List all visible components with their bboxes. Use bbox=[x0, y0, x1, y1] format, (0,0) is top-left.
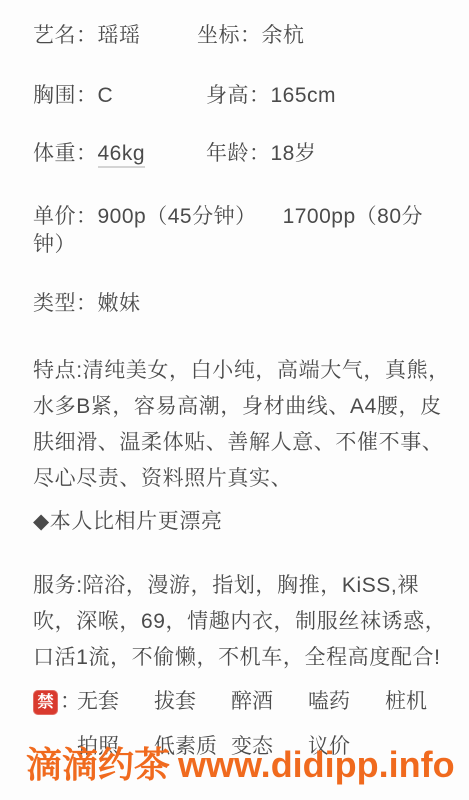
forbidden-row-1: 无套 拔套 醉酒 嗑药 桩机 bbox=[77, 688, 427, 716]
watermark-brand: 滴滴约茶 bbox=[26, 744, 170, 785]
height-value: 165cm bbox=[271, 84, 337, 107]
price-value-1: 900p（45分钟） bbox=[98, 205, 257, 228]
height-field: 身高：165cm bbox=[206, 82, 336, 110]
bust-value: C bbox=[98, 84, 114, 107]
profile-card: 艺名：瑶瑶 坐标：余杭 胸围：C 身高：165cm 体重：46kg 年龄：18岁… bbox=[0, 0, 469, 800]
forbidden-item: 醉酒 bbox=[231, 688, 308, 716]
weight-field: 体重：46kg bbox=[33, 140, 206, 168]
location-value: 余杭 bbox=[262, 24, 305, 47]
height-label: 身高： bbox=[206, 84, 271, 107]
bust-label: 胸围： bbox=[33, 84, 98, 107]
row-bust-height: 胸围：C 身高：165cm bbox=[33, 82, 445, 110]
weight-label: 体重： bbox=[33, 142, 98, 165]
location-label: 坐标： bbox=[197, 24, 262, 47]
stage-name-field: 艺名：瑶瑶 bbox=[33, 22, 197, 50]
location-field: 坐标：余杭 bbox=[197, 22, 305, 50]
price-label: 单价： bbox=[33, 205, 98, 228]
watermark-url: www.didipp.info bbox=[178, 744, 455, 785]
type-value: 嫩妹 bbox=[98, 292, 141, 315]
features-text: 特点:清纯美女，白小纯，高端大气，真熊，水多B紧，容易高潮，身材曲线、A4腰，皮… bbox=[33, 353, 453, 497]
weight-value: 46kg bbox=[98, 142, 146, 168]
type-row: 类型：嫩妹 bbox=[33, 290, 445, 318]
forbidden-item: 嗑药 bbox=[308, 688, 385, 716]
watermark: 滴滴约茶www.didipp.info bbox=[26, 737, 455, 788]
row-name-location: 艺名：瑶瑶 坐标：余杭 bbox=[33, 22, 445, 50]
age-field: 年龄：18岁 bbox=[206, 140, 316, 168]
age-label: 年龄： bbox=[206, 142, 271, 165]
row-weight-age: 体重：46kg 年龄：18岁 bbox=[33, 140, 445, 168]
bust-field: 胸围：C bbox=[33, 82, 206, 110]
stage-name-value: 瑶瑶 bbox=[98, 24, 141, 47]
forbidden-icon: 禁 bbox=[33, 690, 58, 715]
forbidden-item: 桩机 bbox=[385, 688, 427, 716]
type-label: 类型： bbox=[33, 292, 98, 315]
highlight-text: ◆本人比相片更漂亮 bbox=[33, 508, 445, 536]
forbidden-item: 拔套 bbox=[154, 688, 231, 716]
services-text: 服务:陪浴，漫游，指划，胸推，KiSS,裸吹，深喉，69，情趣内衣，制服丝袜诱惑… bbox=[33, 568, 453, 676]
price-row: 单价：900p（45分钟）1700pp（80分钟） bbox=[33, 203, 445, 259]
forbidden-item: 无套 bbox=[77, 688, 154, 716]
age-value: 18岁 bbox=[271, 142, 317, 165]
stage-name-label: 艺名： bbox=[33, 24, 98, 47]
